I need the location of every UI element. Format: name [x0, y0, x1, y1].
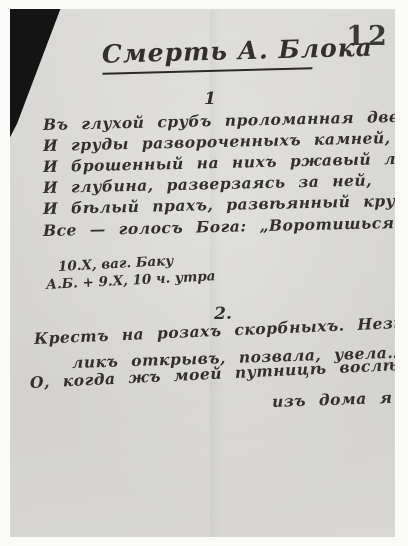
section-1-number: 1 [195, 89, 225, 109]
scanned-manuscript-page: 12 Смерть А. Блока 1 Въ глухой срубъ про… [0, 0, 408, 546]
manuscript-photo: 12 Смерть А. Блока 1 Въ глухой срубъ про… [10, 9, 395, 537]
poem-title: Смерть А. Блока [102, 34, 313, 74]
poem-line: изъ дома я [272, 388, 393, 411]
